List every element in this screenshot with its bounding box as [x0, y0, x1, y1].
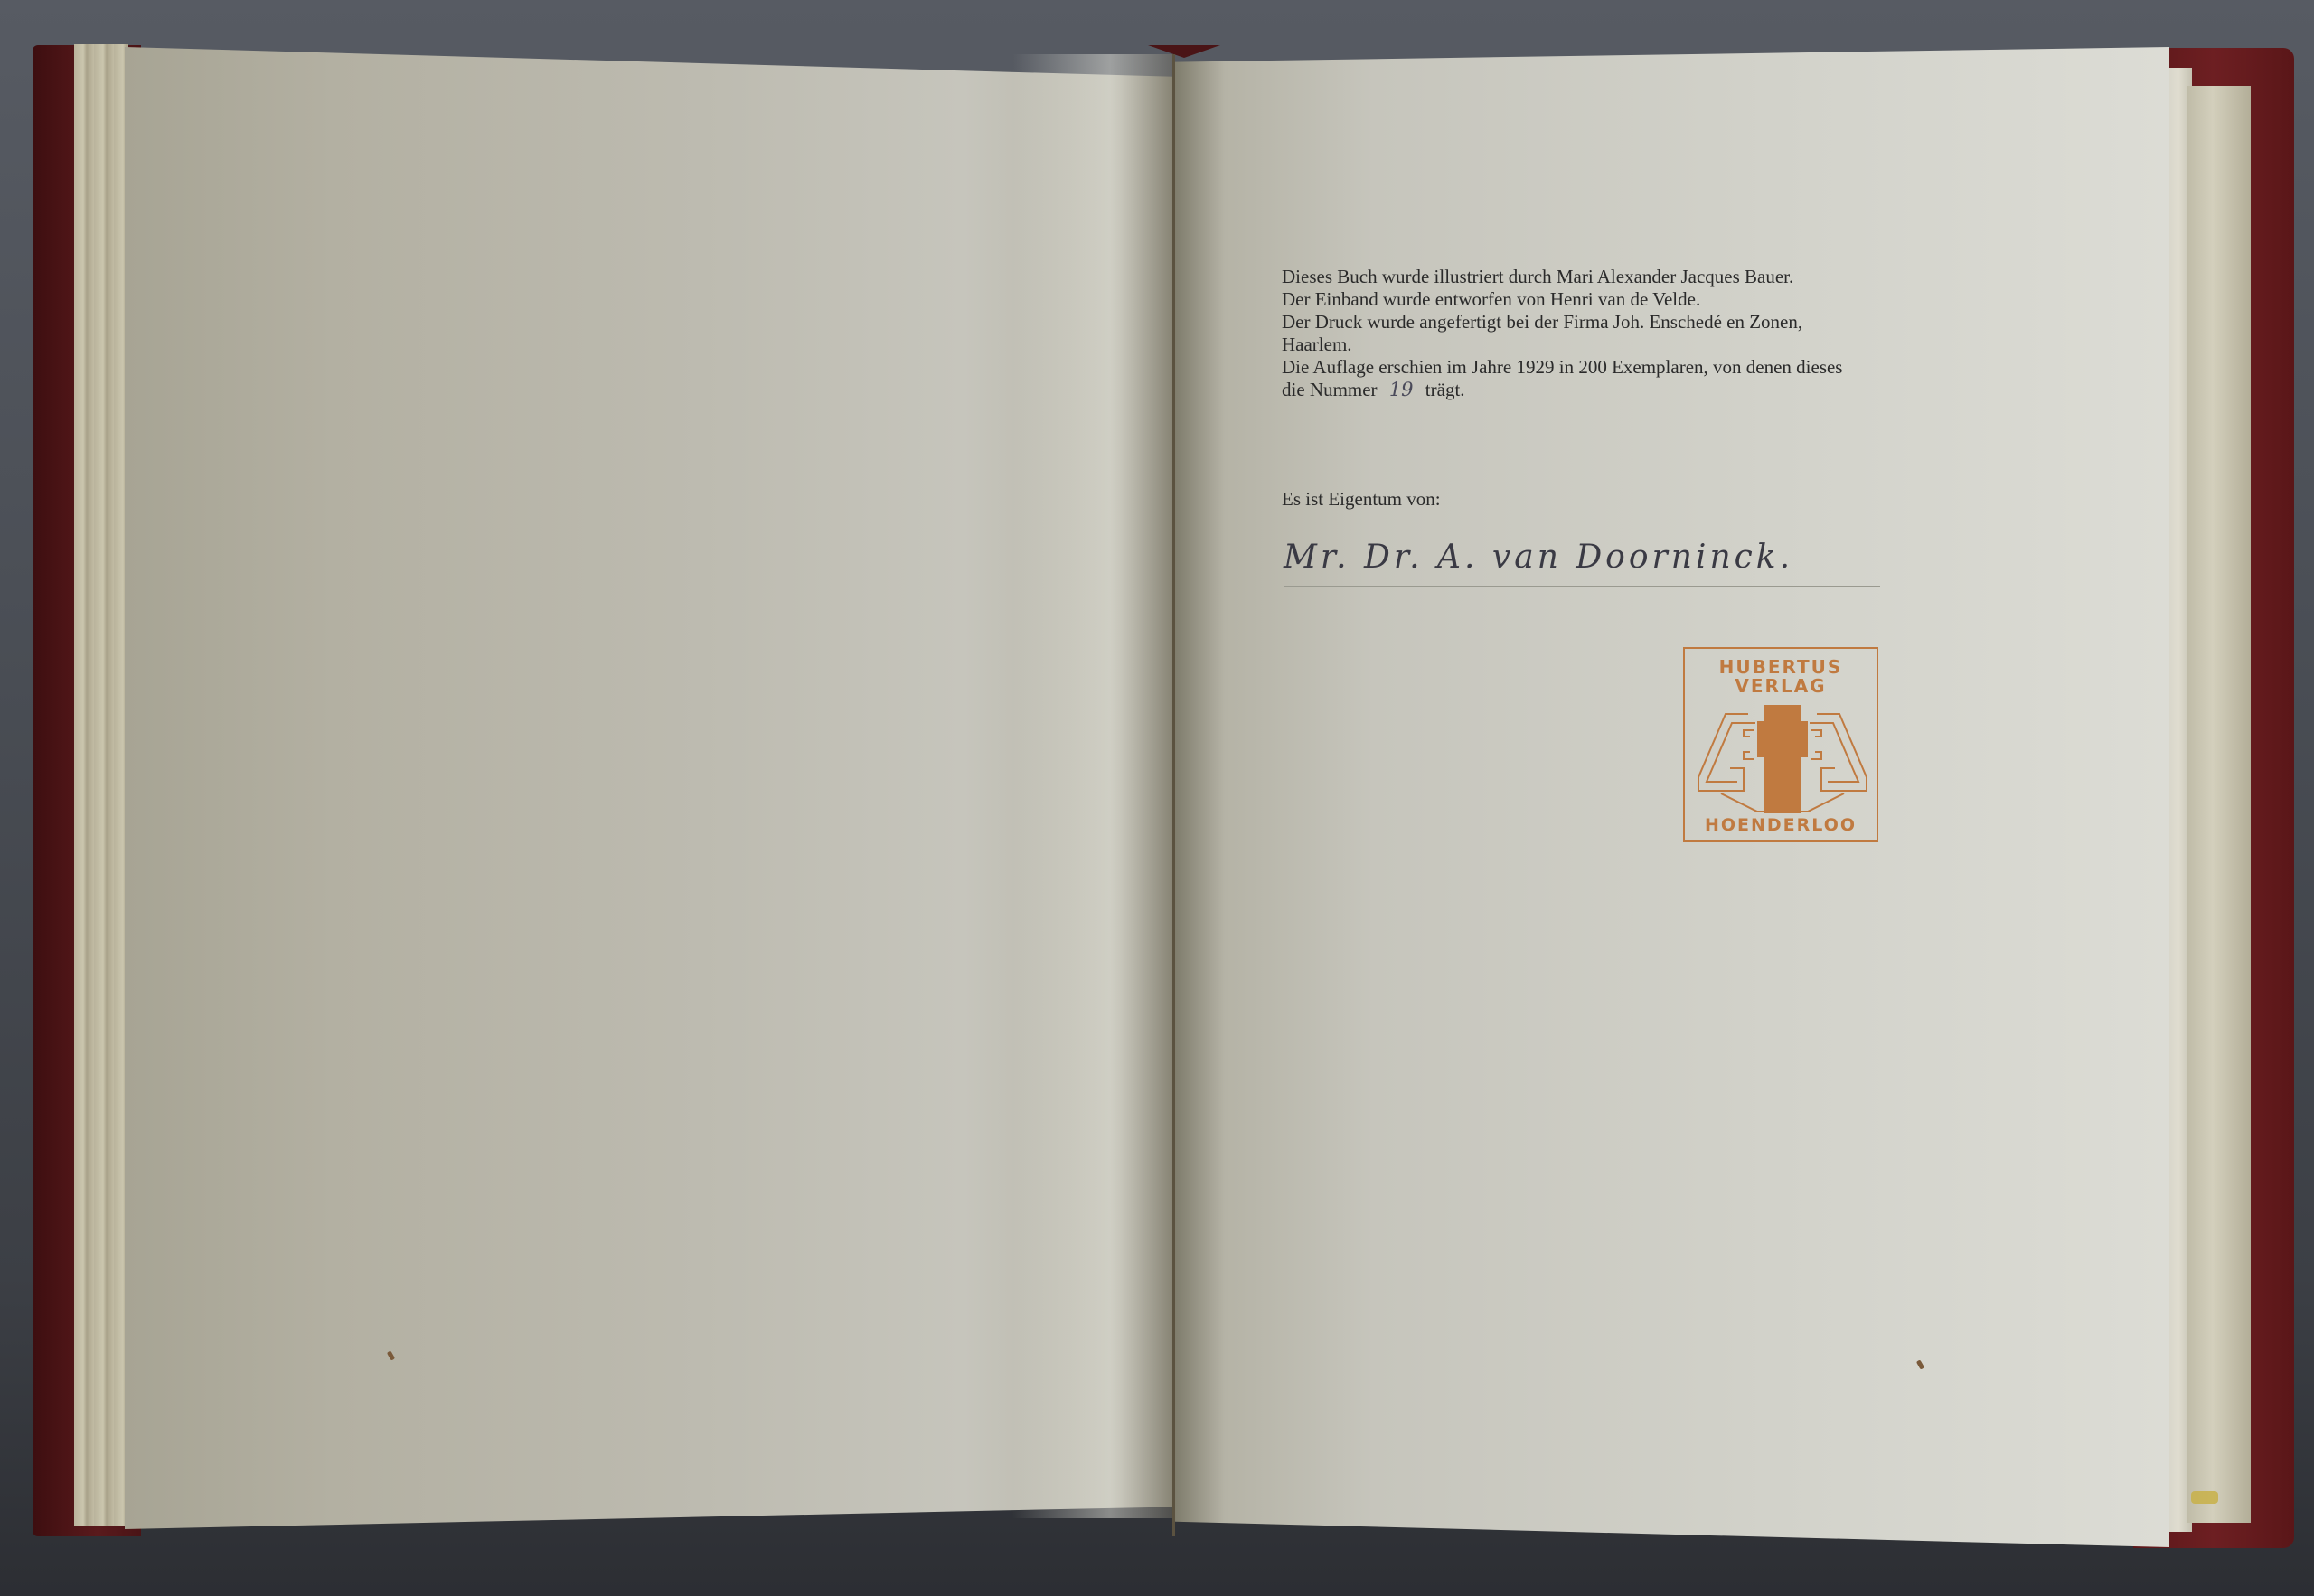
logo-line-hoenderloo: HOENDERLOO [1685, 815, 1877, 835]
colophon-line-number: die Nummer 19 trägt. [1282, 379, 1933, 401]
colophon-line-city: Haarlem. [1282, 333, 1933, 356]
right-endpaper [2187, 86, 2251, 1523]
owner-signature: Mr. Dr. A. van Doorninck. [1284, 539, 1880, 587]
publisher-emblem-icon [1694, 705, 1871, 813]
colophon-line-binding: Der Einband wurde entworfen von Henri va… [1282, 288, 1933, 311]
colophon-text: Dieses Buch wurde illustriert durch Mari… [1282, 266, 1933, 401]
logo-line-verlag: VERLAG [1685, 677, 1877, 696]
book-gutter [1172, 54, 1175, 1536]
ownership-label: Es ist Eigentum von: [1282, 488, 1441, 511]
number-prefix: die Nummer [1282, 379, 1378, 400]
handwritten-copy-number: 19 [1382, 380, 1421, 399]
left-page-stack-edges [74, 44, 128, 1526]
publisher-logo: HUBERTUS VERLAG HOENDERLOO [1683, 647, 1878, 842]
colophon-line-illustrator: Dieses Buch wurde illustriert durch Mari… [1282, 266, 1933, 288]
gilt-corner-stamp [2191, 1491, 2218, 1504]
logo-line-hubertus: HUBERTUS [1685, 658, 1877, 677]
number-suffix: trägt. [1425, 379, 1465, 400]
left-page-curve-highlight [1012, 54, 1175, 1518]
colophon-line-edition: Die Auflage erschien im Jahre 1929 in 20… [1282, 356, 1933, 379]
colophon-line-printer: Der Druck wurde angefertigt bei der Firm… [1282, 311, 1933, 333]
